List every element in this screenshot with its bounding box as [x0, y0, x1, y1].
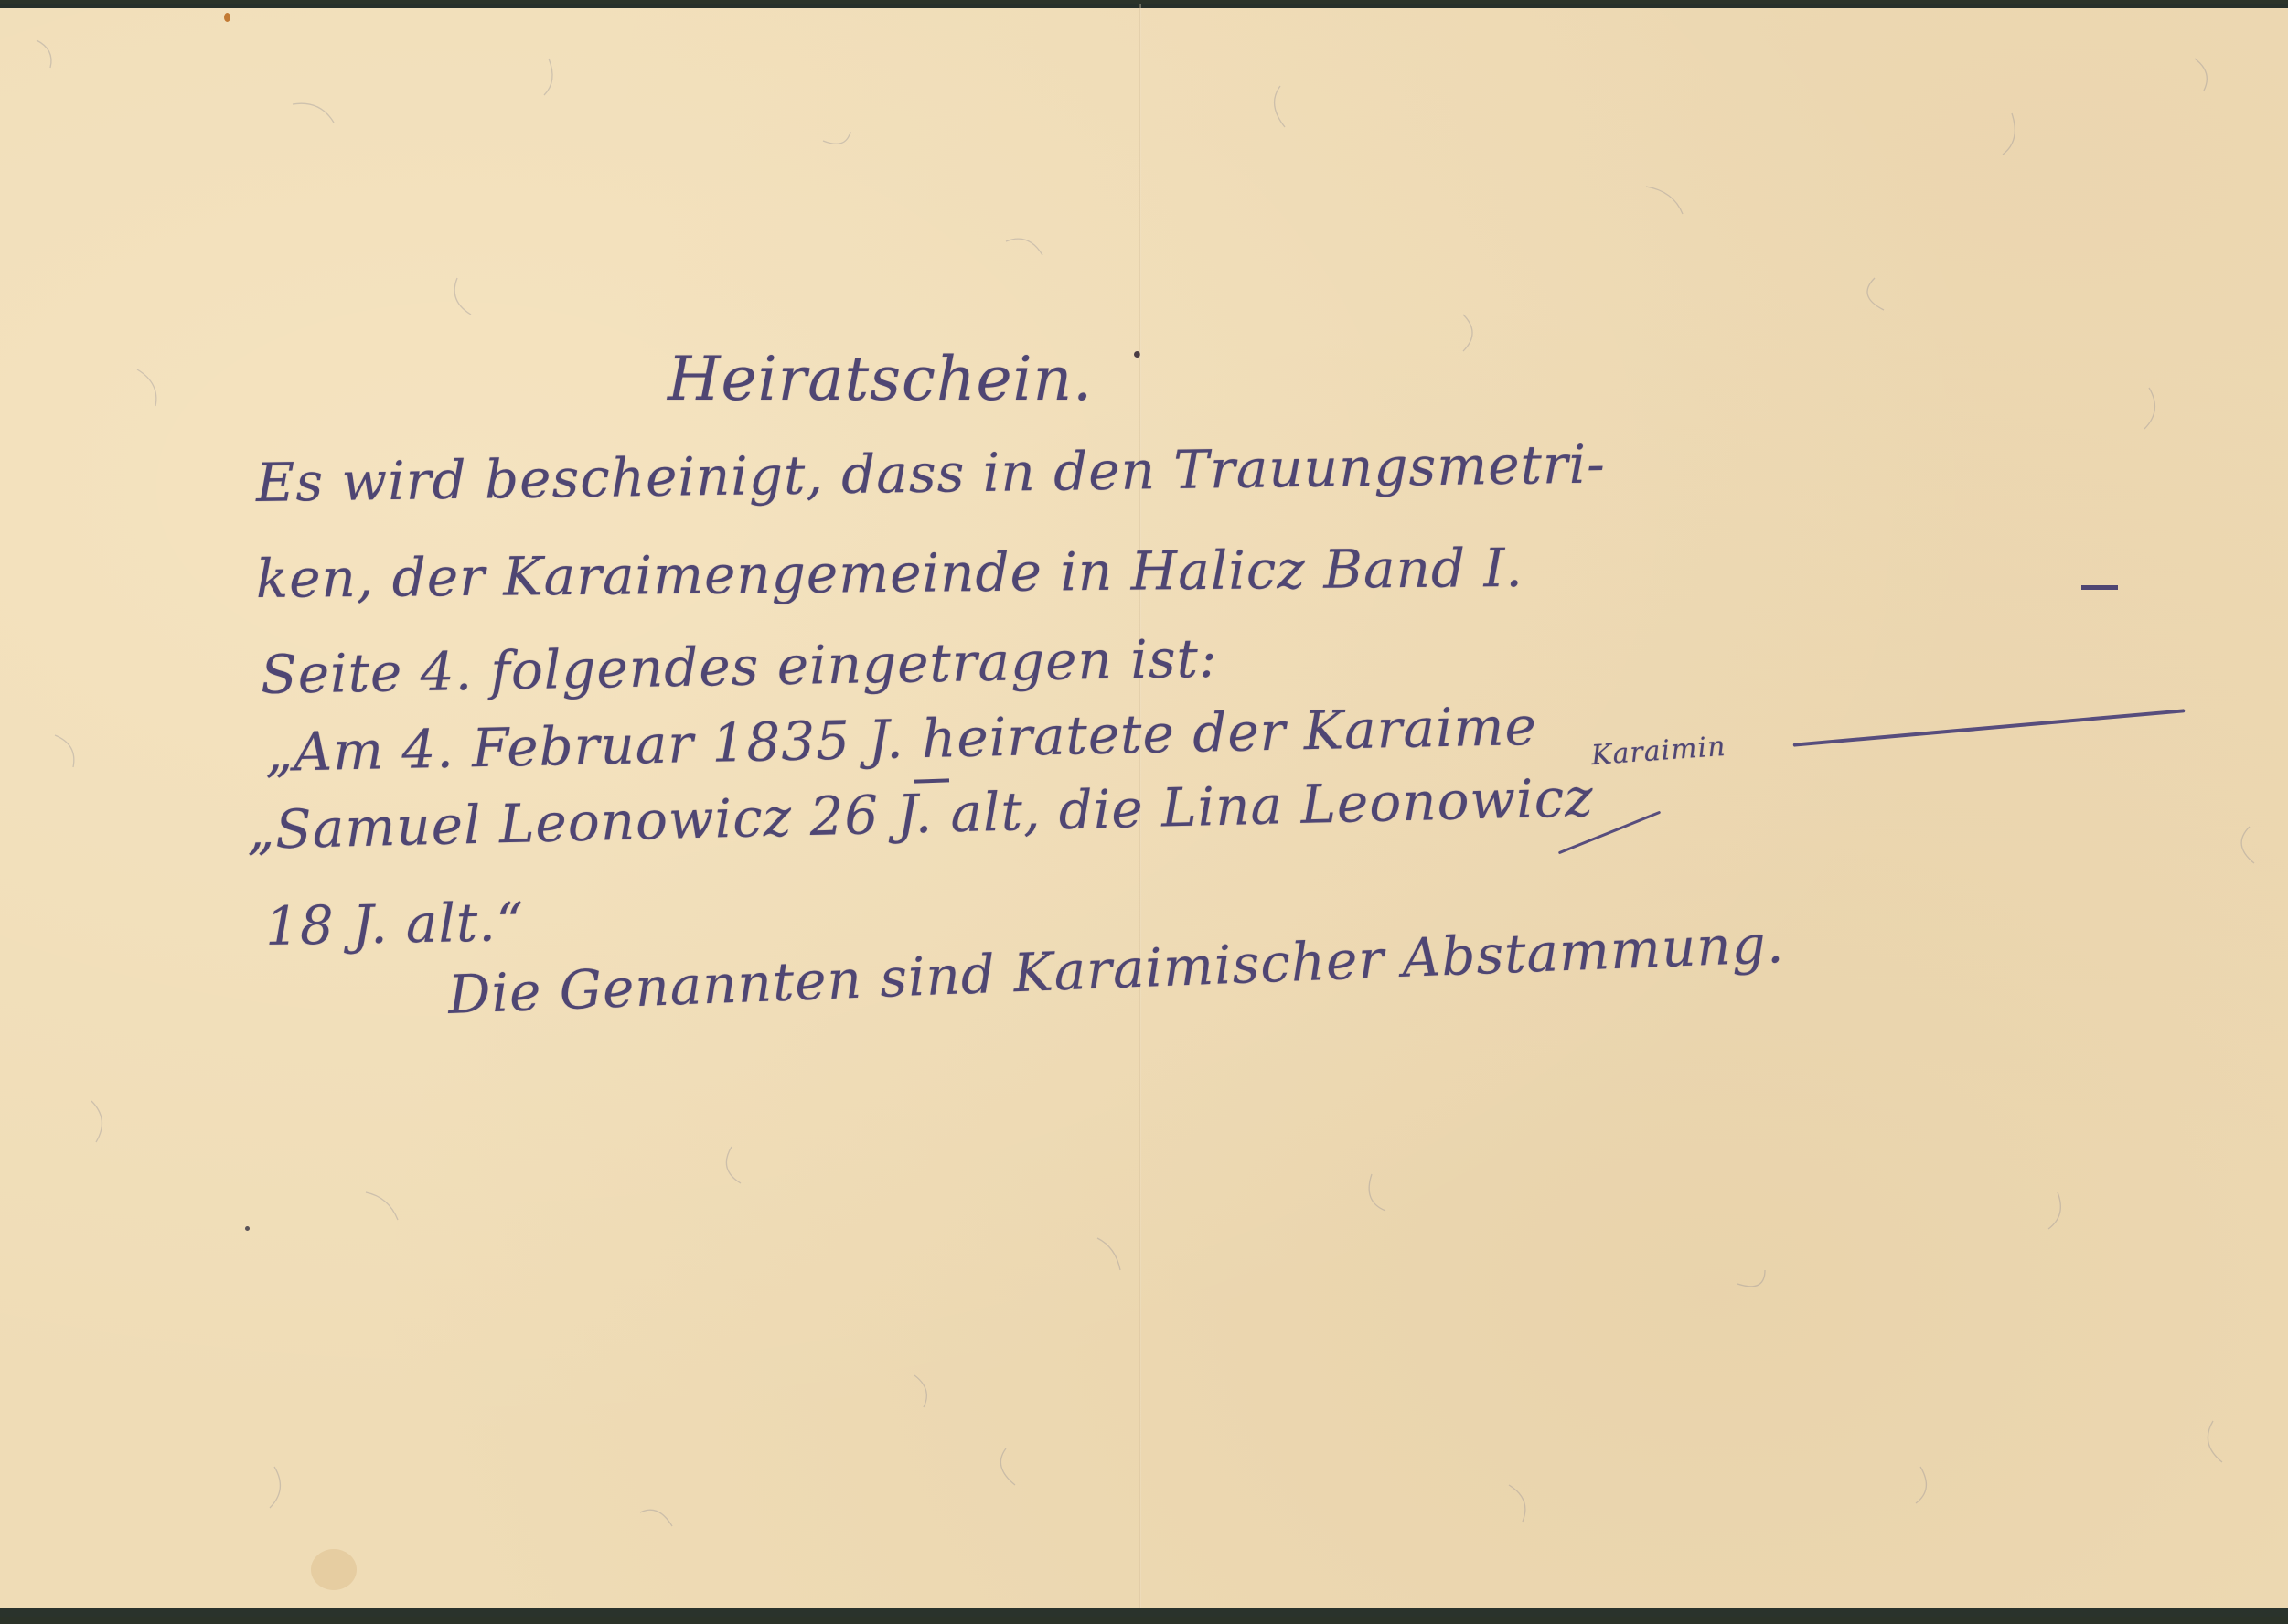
foxing-stain: [311, 1549, 357, 1590]
certificate-title: Heiratschein.: [668, 344, 1093, 414]
ink-dot: [245, 1226, 250, 1231]
karaime-flourish-line: [1793, 709, 2186, 746]
text-line-3: Seite 4. folgendes eingetragen ist:: [260, 627, 1218, 706]
text-line-2: ken, der Karaimengemeinde in Halicz Band…: [256, 537, 1524, 610]
certificate-paper: Heiratschein. Es wird bescheinigt, dass …: [0, 4, 2288, 1617]
text-line-7: Die Genannten sind Karaimischer Abstammu…: [447, 913, 1786, 1026]
text-line-6: 18 J. alt.“: [264, 891, 525, 957]
scan-border-top: [0, 4, 2288, 8]
volume-underline: [2081, 585, 2118, 590]
text-line-4: „Am 4. Februar 1835 J. heiratete der Kar…: [264, 695, 1537, 784]
interlinear-insertion: Karaimin: [1590, 731, 1727, 772]
orange-spot-stain: [224, 13, 230, 22]
text-line-1: Es wird bescheinigt, dass in den Trauung…: [256, 433, 1607, 514]
scan-border-bottom: [0, 1608, 2288, 1617]
